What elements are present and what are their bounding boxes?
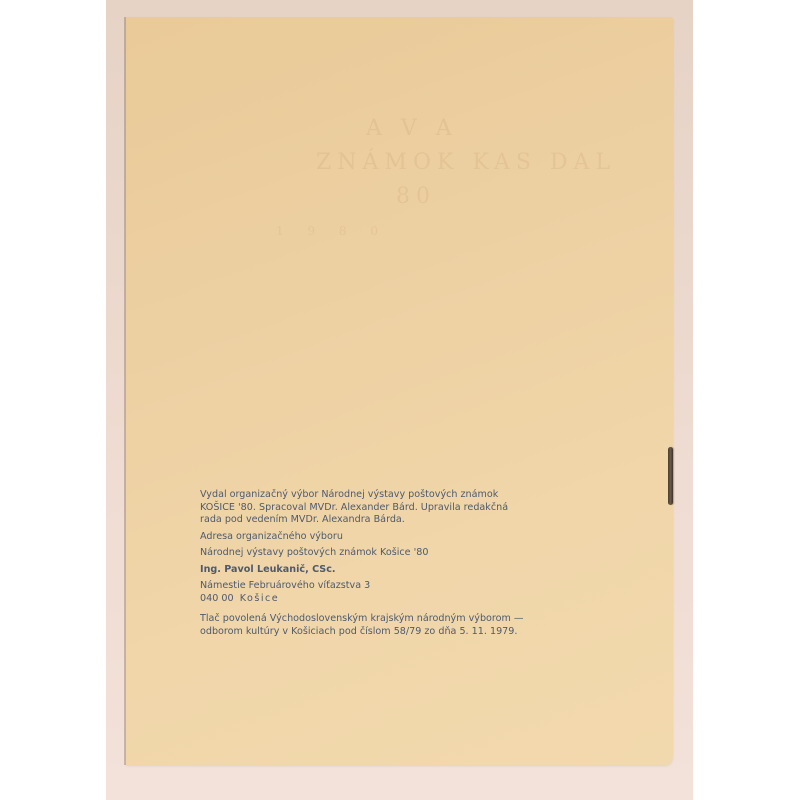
ghost-line: 80 bbox=[196, 180, 616, 214]
postal-line: 040 00 Košice bbox=[200, 593, 600, 606]
permit-line: Tlač povolená Východoslovenským krajským… bbox=[200, 613, 524, 624]
city: Košice bbox=[240, 593, 280, 604]
publisher-line: Vydal organizačný výbor Národnej výstavy… bbox=[200, 489, 498, 500]
publisher-line: KOŠICE '80. Spracoval MVDr. Alexander Bá… bbox=[200, 502, 508, 513]
address-label: Adresa organizačného výboru bbox=[200, 531, 600, 544]
publisher-line: rada pod vedením MVDr. Alexandra Bárda. bbox=[200, 514, 405, 525]
ghost-line: A V A bbox=[196, 112, 616, 146]
publisher-statement: Vydal organizačný výbor Národnej výstavy… bbox=[200, 489, 600, 527]
permit-line: odborom kultúry v Košiciach pod číslom 5… bbox=[200, 626, 517, 637]
print-permit: Tlač povolená Východoslovenským krajským… bbox=[200, 613, 600, 638]
staple bbox=[668, 447, 673, 505]
postal-code: 040 00 bbox=[200, 593, 234, 604]
imprint-block: Vydal organizačný výbor Národnej výstavy… bbox=[200, 489, 600, 638]
contact-name: Ing. Pavol Leukanič, CSc. bbox=[200, 564, 600, 577]
ghost-line: 1 9 8 0 bbox=[196, 214, 616, 248]
booklet-page: A V A ZNÁMOK KAS DAL 80 1 9 8 0 Vydal or… bbox=[126, 17, 673, 765]
address-organization: Národnej výstavy poštových známok Košice… bbox=[200, 547, 600, 560]
ghost-line: ZNÁMOK KAS DAL bbox=[196, 146, 616, 180]
show-through-text: A V A ZNÁMOK KAS DAL 80 1 9 8 0 bbox=[196, 112, 616, 272]
street-address: Námestie Februárového víťazstva 3 bbox=[200, 580, 600, 593]
